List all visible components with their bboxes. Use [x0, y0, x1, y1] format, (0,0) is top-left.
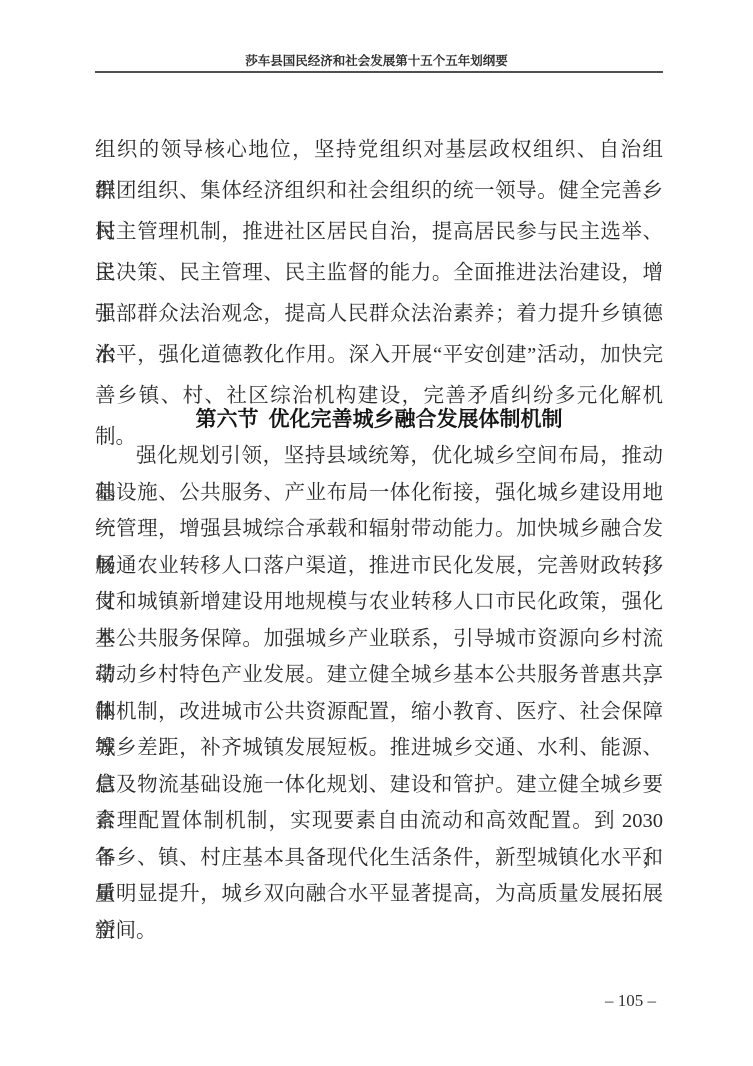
text-line: 民主管理机制，推进社区居民自治，提高居民参与民主选举、民	[95, 212, 663, 253]
section-heading: 第六节优化完善城乡融合发展体制机制	[95, 400, 663, 440]
body-paragraph-1: 组织的领导核心地位，坚持党组织对基层政权组织、自治组织、 群团组织、集体经济组织…	[95, 130, 663, 417]
section-number: 第六节	[196, 408, 259, 431]
text-line: 一管理，增强县城综合承载和辐射带动能力。加快城乡融合发展，	[95, 511, 663, 548]
text-line: 空间。	[95, 913, 663, 950]
text-line: 干部群众法治观念，提高人民群众法治素养；着力提升乡镇德治	[95, 294, 663, 335]
text-line: 带动乡村特色产业发展。建立健全城乡基本公共服务普惠共享体	[95, 657, 663, 694]
text-line: 制机制，改进城市公共资源配置，缩小教育、医疗、社会保障等	[95, 694, 663, 731]
text-line: 群团组织、集体经济组织和社会组织的统一领导。健全完善乡村	[95, 171, 663, 212]
text-line: 城乡差距，补齐城镇发展短板。推进城乡交通、水利、能源、信	[95, 730, 663, 767]
text-line: 息及物流基础设施一体化规划、建设和管护。建立健全城乡要素	[95, 767, 663, 804]
text-line: 量明显提升，城乡双向融合水平显著提高，为高质量发展拓展新	[95, 876, 663, 913]
text-line: 各乡、镇、村庄基本具备现代化生活条件，新型城镇化水平和质	[95, 840, 663, 877]
document-page: 莎车县国民经济和社会发展第十五个五年划纲要 组织的领导核心地位，坚持党组织对基层…	[0, 0, 753, 1066]
page-number: – 105 –	[605, 990, 656, 1012]
text-line: 强化规划引领，坚持县域统筹，优化城乡空间布局，推动基	[95, 438, 663, 475]
text-line: 水平，强化道德教化作用。深入开展“平安创建”活动，加快完	[95, 335, 663, 376]
header-rule	[95, 71, 663, 73]
body-paragraph-2: 强化规划引领，坚持县域统筹，优化城乡空间布局，推动基 础设施、公共服务、产业布局…	[95, 438, 663, 949]
text-line: 础设施、公共服务、产业布局一体化衔接，强化城乡建设用地统	[95, 475, 663, 512]
section-title: 优化完善城乡融合发展体制机制	[269, 408, 563, 431]
page-header-title: 莎车县国民经济和社会发展第十五个五年划纲要	[0, 54, 753, 68]
text-line: 付和城镇新增建设用地规模与农业转移人口市民化政策，强化基	[95, 584, 663, 621]
text-line: 本公共服务保障。加强城乡产业联系，引导城市资源向乡村流动，	[95, 621, 663, 658]
text-line: 主决策、民主管理、民主监督的能力。全面推进法治建设，增强	[95, 253, 663, 294]
text-line: 合理配置体制机制，实现要素自由流动和高效配置。到 2030 年，	[95, 803, 663, 840]
text-line: 畅通农业转移人口落户渠道，推进市民化发展，完善财政转移支	[95, 548, 663, 585]
text-line: 组织的领导核心地位，坚持党组织对基层政权组织、自治组织、	[95, 130, 663, 171]
